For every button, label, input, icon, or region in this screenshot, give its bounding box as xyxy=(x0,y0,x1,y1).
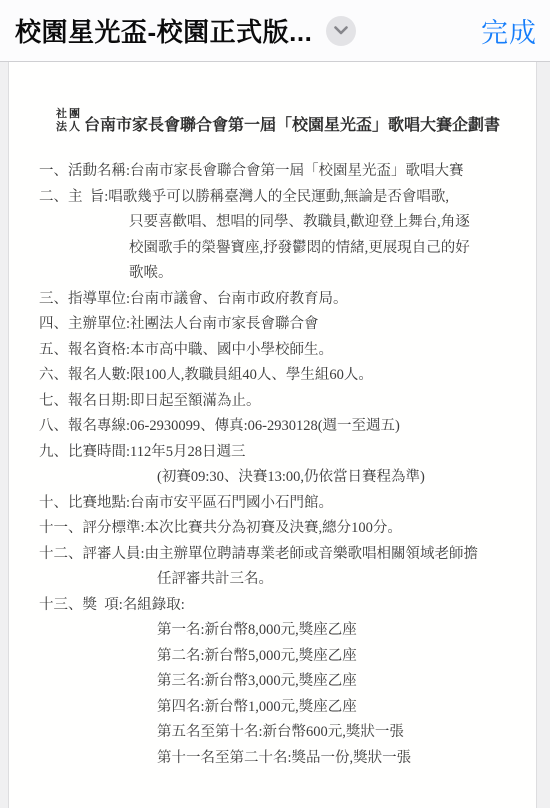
doc-line: 校園歌手的榮譽寶座,抒發鬱悶的情緒,更展現自己的好 xyxy=(39,236,524,262)
chevron-down-icon xyxy=(334,26,348,35)
doc-line: 十二、評審人員:由主辦單位聘請專業老師或音樂歌唱相關領域老師擔 xyxy=(39,542,524,568)
done-button[interactable]: 完成 xyxy=(481,11,537,50)
doc-line: 第三名:新台幣3,000元,獎座乙座 xyxy=(39,669,524,695)
document-title-row: 社團 法人 台南市家長會聯合會第一屆「校園星光盃」歌唱大賽企劃書 xyxy=(56,108,524,135)
navbar: 校園星光盃-校園正式版... 完成 xyxy=(0,0,550,62)
doc-line: 歌喉。 xyxy=(39,261,524,287)
doc-line: 七、報名日期:即日起至額滿為止。 xyxy=(39,389,524,415)
doc-line: 二、主 旨:唱歌幾乎可以勝稱臺灣人的全民運動,無論是否會唱歌, xyxy=(39,185,524,211)
doc-line: 第五名至第十名:新台幣600元,獎狀一張 xyxy=(39,720,524,746)
doc-line: 一、活動名稱:台南市家長會聯合會第一屆「校園星光盃」歌唱大賽 xyxy=(39,159,524,185)
doc-line: 四、主辦單位:社團法人台南市家長會聯合會 xyxy=(39,312,524,338)
doc-line: 只要喜歡唱、想唱的同學、教職員,歡迎登上舞台,角逐 xyxy=(39,210,524,236)
doc-line: 十三、獎 項:名組錄取: xyxy=(39,593,524,619)
doc-line: 十、比賽地點:台南市安平區石門國小石門館。 xyxy=(39,491,524,517)
document-page: 社團 法人 台南市家長會聯合會第一屆「校園星光盃」歌唱大賽企劃書 一、活動名稱:… xyxy=(8,62,537,808)
doc-line: 六、報名人數:限100人,教職員組40人、學生組60人。 xyxy=(39,363,524,389)
doc-line: 第四名:新台幣1,000元,獎座乙座 xyxy=(39,695,524,721)
doc-line: 三、指導單位:台南市議會、台南市政府教育局。 xyxy=(39,287,524,313)
doc-line: 第十一名至第二十名:獎品一份,獎狀一張 xyxy=(39,746,524,772)
doc-line: 九、比賽時間:112年5月28日週三 xyxy=(39,440,524,466)
doc-line: 任評審共計三名。 xyxy=(39,567,524,593)
doc-line: 第二名:新台幣5,000元,獎座乙座 xyxy=(39,644,524,670)
doc-line: 八、報名專線:06-2930099、傳真:06-2930128(週一至週五) xyxy=(39,414,524,440)
file-title: 校園星光盃-校園正式版... xyxy=(15,12,312,49)
doc-line: 第一名:新台幣8,000元,獎座乙座 xyxy=(39,618,524,644)
doc-line: 五、報名資格:本市高中職、國中小學校師生。 xyxy=(39,338,524,364)
title-menu-button[interactable] xyxy=(326,16,356,46)
document-title: 台南市家長會聯合會第一屆「校園星光盃」歌唱大賽企劃書 xyxy=(84,112,500,135)
doc-line: 十一、評分標準:本次比賽共分為初賽及決賽,總分100分。 xyxy=(39,516,524,542)
org-label: 社團 法人 xyxy=(56,108,82,134)
document-body: 一、活動名稱:台南市家長會聯合會第一屆「校園星光盃」歌唱大賽二、主 旨:唱歌幾乎… xyxy=(39,159,524,771)
doc-line: (初賽09:30、決賽13:00,仍依當日賽程為準) xyxy=(39,465,524,491)
document-scroll-area[interactable]: 社團 法人 台南市家長會聯合會第一屆「校園星光盃」歌唱大賽企劃書 一、活動名稱:… xyxy=(0,62,550,808)
